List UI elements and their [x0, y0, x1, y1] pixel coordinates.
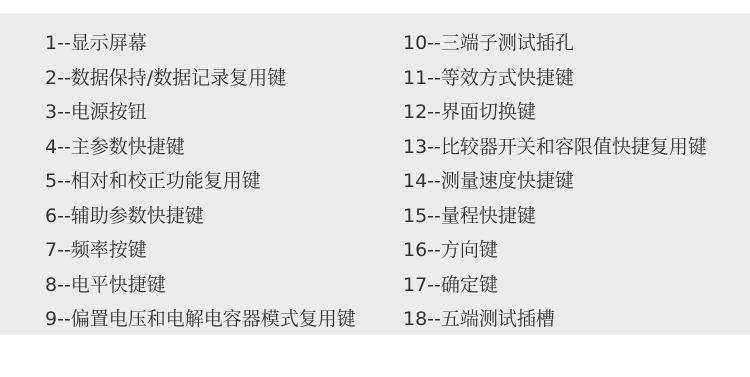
legend-column-right: 10--三端子测试插孔11--等效方式快捷键12--界面切换键13--比较器开关…: [403, 26, 707, 337]
legend-item: 4--主参数快捷键: [45, 130, 403, 165]
legend-item: 11--等效方式快捷键: [403, 61, 707, 96]
legend-item: 2--数据保持/数据记录复用键: [45, 61, 403, 96]
legend-panel: 1--显示屏幕2--数据保持/数据记录复用键3--电源按钮4--主参数快捷键5-…: [0, 13, 750, 335]
legend-item: 5--相对和校正功能复用键: [45, 164, 403, 199]
legend-item: 1--显示屏幕: [45, 26, 403, 61]
legend-item: 16--方向键: [403, 233, 707, 268]
legend-item: 12--界面切换键: [403, 95, 707, 130]
legend-item: 13--比较器开关和容限值快捷复用键: [403, 130, 707, 165]
legend-item: 18--五端测试插槽: [403, 302, 707, 337]
legend-item: 9--偏置电压和电解电容器模式复用键: [45, 302, 403, 337]
legend-item: 3--电源按钮: [45, 95, 403, 130]
legend-columns: 1--显示屏幕2--数据保持/数据记录复用键3--电源按钮4--主参数快捷键5-…: [0, 13, 750, 337]
legend-item: 6--辅助参数快捷键: [45, 199, 403, 234]
legend-item: 17--确定键: [403, 268, 707, 303]
legend-item: 10--三端子测试插孔: [403, 26, 707, 61]
legend-column-left: 1--显示屏幕2--数据保持/数据记录复用键3--电源按钮4--主参数快捷键5-…: [45, 26, 403, 337]
legend-item: 14--测量速度快捷键: [403, 164, 707, 199]
legend-item: 15--量程快捷键: [403, 199, 707, 234]
legend-item: 8--电平快捷键: [45, 268, 403, 303]
legend-item: 7--频率按键: [45, 233, 403, 268]
